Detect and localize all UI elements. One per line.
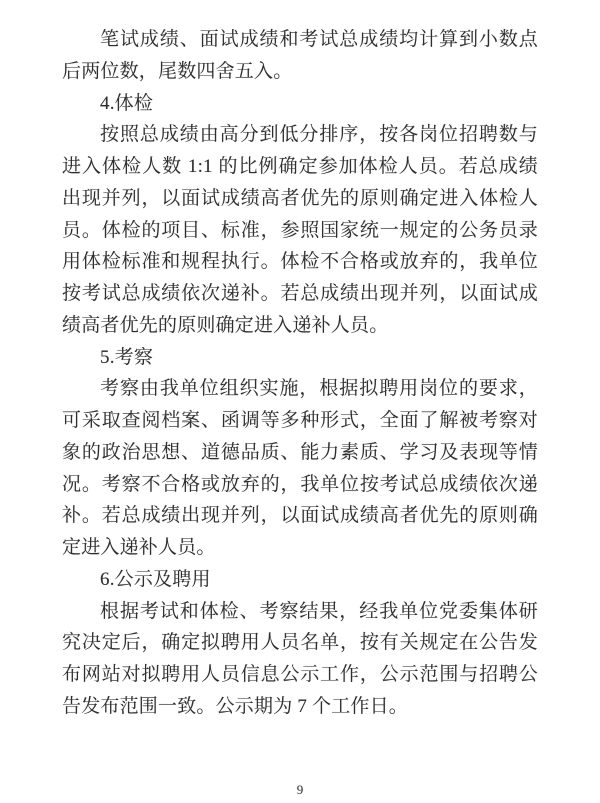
page-number: 9: [0, 782, 600, 798]
paragraph: 根据考试和体检、考察结果，经我单位党委集体研究决定后，确定拟聘用人员名单，按有关…: [62, 596, 538, 723]
document-page: 笔试成绩、面试成绩和考试总成绩均计算到小数点后两位数，尾数四舍五入。 4.体检 …: [0, 0, 600, 803]
section-heading: 6.公示及聘用: [62, 564, 538, 596]
section-heading: 4.体检: [62, 88, 538, 120]
paragraph: 按照总成绩由高分到低分排序，按各岗位招聘数与进入体检人数 1:1 的比例确定参加…: [62, 119, 538, 341]
document-body: 笔试成绩、面试成绩和考试总成绩均计算到小数点后两位数，尾数四舍五入。 4.体检 …: [0, 0, 600, 723]
paragraph: 笔试成绩、面试成绩和考试总成绩均计算到小数点后两位数，尾数四舍五入。: [62, 24, 538, 88]
section-heading: 5.考察: [62, 342, 538, 374]
paragraph: 考察由我单位组织实施，根据拟聘用岗位的要求，可采取查阅档案、函调等多种形式，全面…: [62, 373, 538, 564]
